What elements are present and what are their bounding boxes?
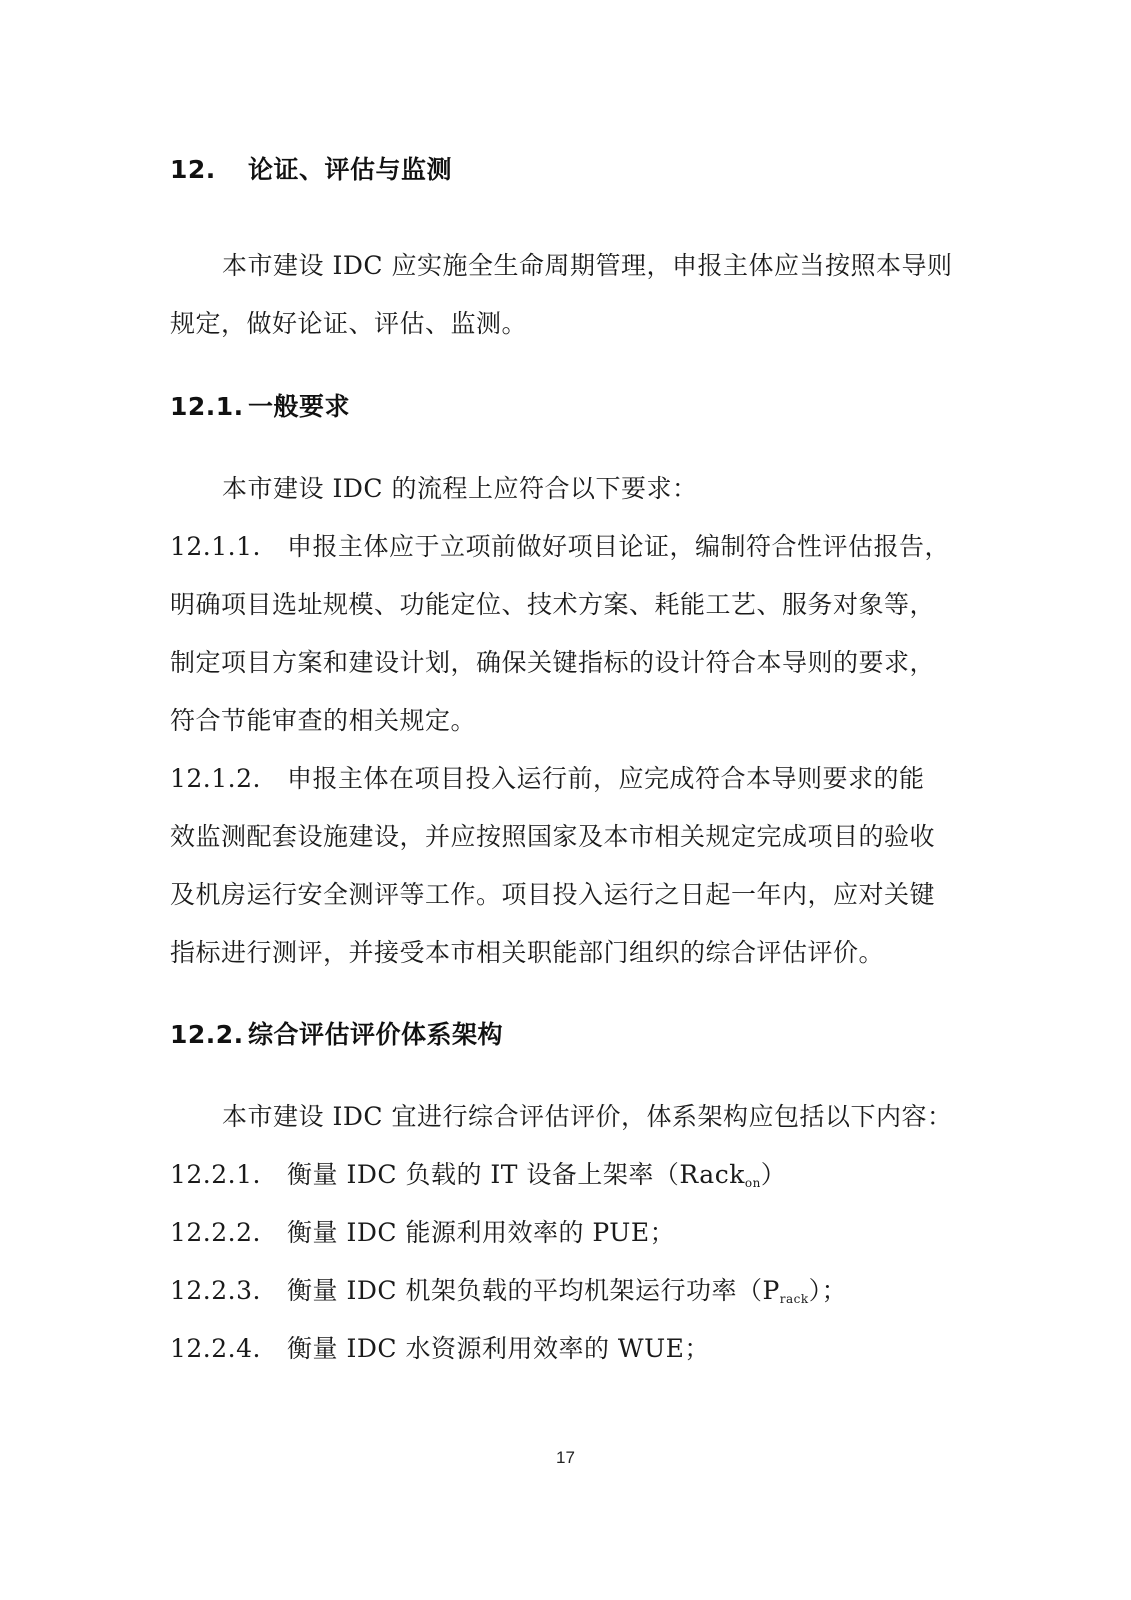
clause-number: 12.2.1.: [170, 1159, 287, 1191]
clause-number: 12.1.2.: [170, 763, 287, 795]
clause-12-2-4: 12.2.4.衡量 IDC 水资源利用效率的 WUE；: [170, 1333, 710, 1365]
clause-12-1-1-line-2: 明确项目选址规模、功能定位、技术方案、耗能工艺、服务对象等，: [170, 589, 935, 621]
clause-number: 12.1.1.: [170, 531, 287, 563]
section-intro-line-2: 规定，做好论证、评估、监测。: [170, 308, 527, 340]
clause-12-1-2-line-3: 及机房运行安全测评等工作。项目投入运行之日起一年内，应对关键: [170, 879, 935, 911]
section-intro-line-1: 本市建设 IDC 应实施全生命周期管理，申报主体应当按照本导则: [222, 250, 952, 282]
clause-number: 12.2.4.: [170, 1333, 287, 1365]
subsection-1-intro: 本市建设 IDC 的流程上应符合以下要求：: [222, 473, 697, 505]
clause-tail: ）；: [809, 1276, 848, 1305]
clause-12-1-2-line-2: 效监测配套设施建设，并应按照国家及本市相关规定完成项目的验收: [170, 821, 935, 853]
clause-12-2-1: 12.2.1.衡量 IDC 负载的 IT 设备上架率（Rackon）: [170, 1159, 786, 1199]
clause-12-1-1-line-4: 符合节能审查的相关规定。: [170, 705, 476, 737]
clause-tail: ）: [761, 1160, 787, 1189]
clause-text: 申报主体应于立项前做好项目论证，编制符合性评估报告，: [287, 532, 950, 561]
subsection-number: 12.1.: [170, 391, 248, 423]
section-title: 论证、评估与监测: [248, 155, 452, 184]
page-number: 17: [0, 1448, 1131, 1468]
clause-12-2-2: 12.2.2.衡量 IDC 能源利用效率的 PUE；: [170, 1217, 675, 1249]
subsection-heading-12-2: 12.2.综合评估评价体系架构: [170, 1019, 503, 1051]
subsection-heading-12-1: 12.1.一般要求: [170, 391, 350, 423]
clause-12-1-2-line-4: 指标进行测评，并接受本市相关职能部门组织的综合评估评价。: [170, 937, 884, 969]
clause-12-1-2-line-1: 12.1.2.申报主体在项目投入运行前，应完成符合本导则要求的能: [170, 763, 925, 795]
subsection-2-intro: 本市建设 IDC 宜进行综合评估评价，体系架构应包括以下内容：: [222, 1101, 952, 1133]
clause-text: 衡量 IDC 水资源利用效率的 WUE；: [287, 1334, 710, 1363]
clause-text: 衡量 IDC 能源利用效率的 PUE；: [287, 1218, 675, 1247]
clause-text: 申报主体在项目投入运行前，应完成符合本导则要求的能: [287, 764, 925, 793]
subsection-title: 一般要求: [248, 392, 350, 421]
clause-12-1-1-line-3: 制定项目方案和建设计划，确保关键指标的设计符合本导则的要求，: [170, 647, 935, 679]
subscript: rack: [780, 1292, 809, 1306]
subsection-title: 综合评估评价体系架构: [248, 1020, 503, 1049]
section-number: 12.: [170, 154, 248, 186]
clause-text: 衡量 IDC 机架负载的平均机架运行功率（P: [287, 1276, 780, 1305]
clause-12-1-1-line-1: 12.1.1.申报主体应于立项前做好项目论证，编制符合性评估报告，: [170, 531, 950, 563]
clause-number: 12.2.2.: [170, 1217, 287, 1249]
clause-number: 12.2.3.: [170, 1275, 287, 1307]
subsection-number: 12.2.: [170, 1019, 248, 1051]
clause-text: 衡量 IDC 负载的 IT 设备上架率（Rack: [287, 1160, 745, 1189]
subscript: on: [745, 1176, 761, 1190]
section-heading: 12.论证、评估与监测: [170, 154, 452, 186]
document-page: 12.论证、评估与监测 本市建设 IDC 应实施全生命周期管理，申报主体应当按照…: [0, 0, 1131, 1600]
clause-12-2-3: 12.2.3.衡量 IDC 机架负载的平均机架运行功率（Prack）；: [170, 1275, 847, 1315]
